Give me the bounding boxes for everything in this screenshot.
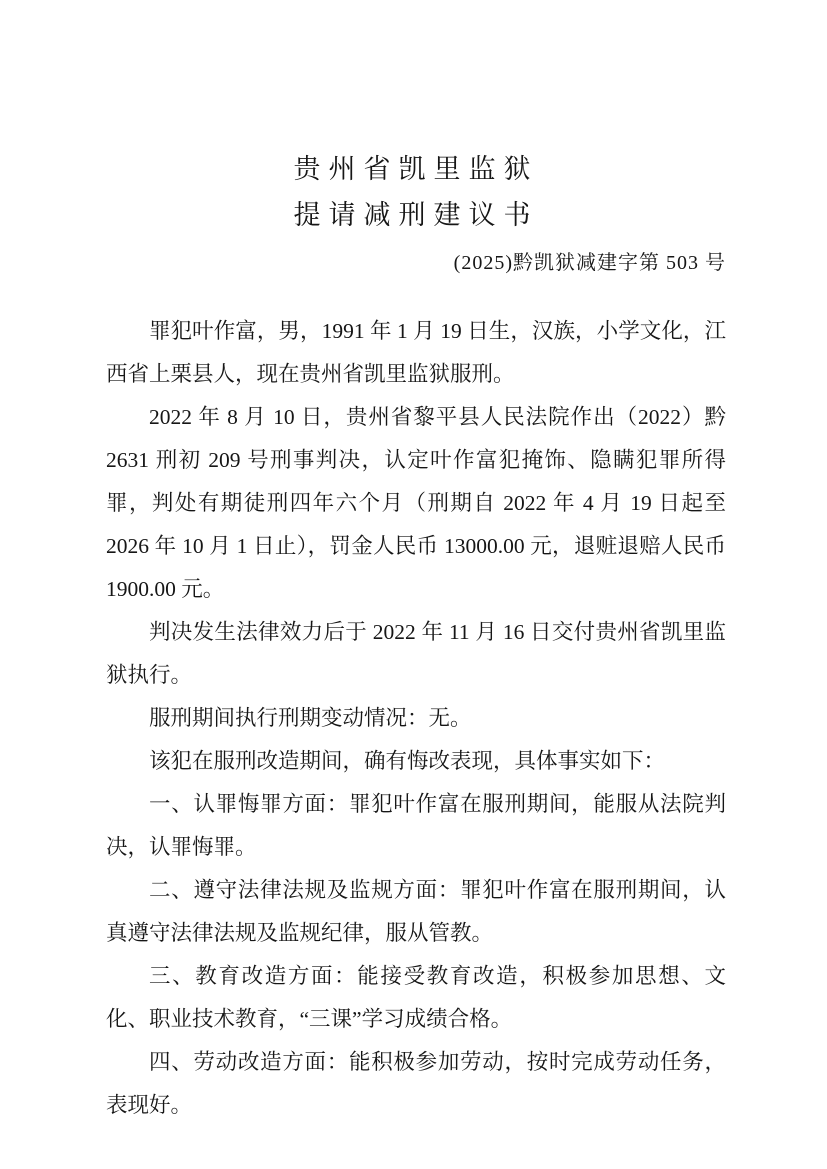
title-line-1: 贵州省凯里监狱 (106, 146, 726, 192)
title-line-2: 提请减刑建议书 (106, 192, 726, 238)
paragraph-facts-intro: 该犯在服刑改造期间，确有悔改表现，具体事实如下： (106, 740, 726, 783)
paragraph-offender-info: 罪犯叶作富，男，1991 年 1 月 19 日生，汉族，小学文化，江西省上栗县人… (106, 310, 726, 396)
paragraph-judgment: 2022 年 8 月 10 日，贵州省黎平县人民法院作出（2022）黔 2631… (106, 396, 726, 611)
document-content: 贵州省凯里监狱 提请减刑建议书 (2025)黔凯狱减建字第 503 号 罪犯叶作… (106, 0, 726, 1127)
doc-number: (2025)黔凯狱减建字第 503 号 (106, 248, 726, 278)
paragraph-item-2: 二、遵守法律法规及监规方面：罪犯叶作富在服刑期间，认真遵守法律法规及监规纪律，服… (106, 869, 726, 955)
document-page: 贵州省凯里监狱 提请减刑建议书 (2025)黔凯狱减建字第 503 号 罪犯叶作… (0, 0, 827, 1169)
paragraph-term-change: 服刑期间执行刑期变动情况：无。 (106, 697, 726, 740)
document-body: 罪犯叶作富，男，1991 年 1 月 19 日生，汉族，小学文化，江西省上栗县人… (106, 310, 726, 1127)
paragraph-item-1: 一、认罪悔罪方面：罪犯叶作富在服刑期间，能服从法院判决，认罪悔罪。 (106, 783, 726, 869)
paragraph-delivery: 判决发生法律效力后于 2022 年 11 月 16 日交付贵州省凯里监狱执行。 (106, 611, 726, 697)
paragraph-item-3: 三、教育改造方面：能接受教育改造，积极参加思想、文化、职业技术教育，“三课”学习… (106, 955, 726, 1041)
document-title: 贵州省凯里监狱 提请减刑建议书 (106, 146, 726, 238)
paragraph-item-4: 四、劳动改造方面：能积极参加劳动，按时完成劳动任务，表现好。 (106, 1041, 726, 1127)
